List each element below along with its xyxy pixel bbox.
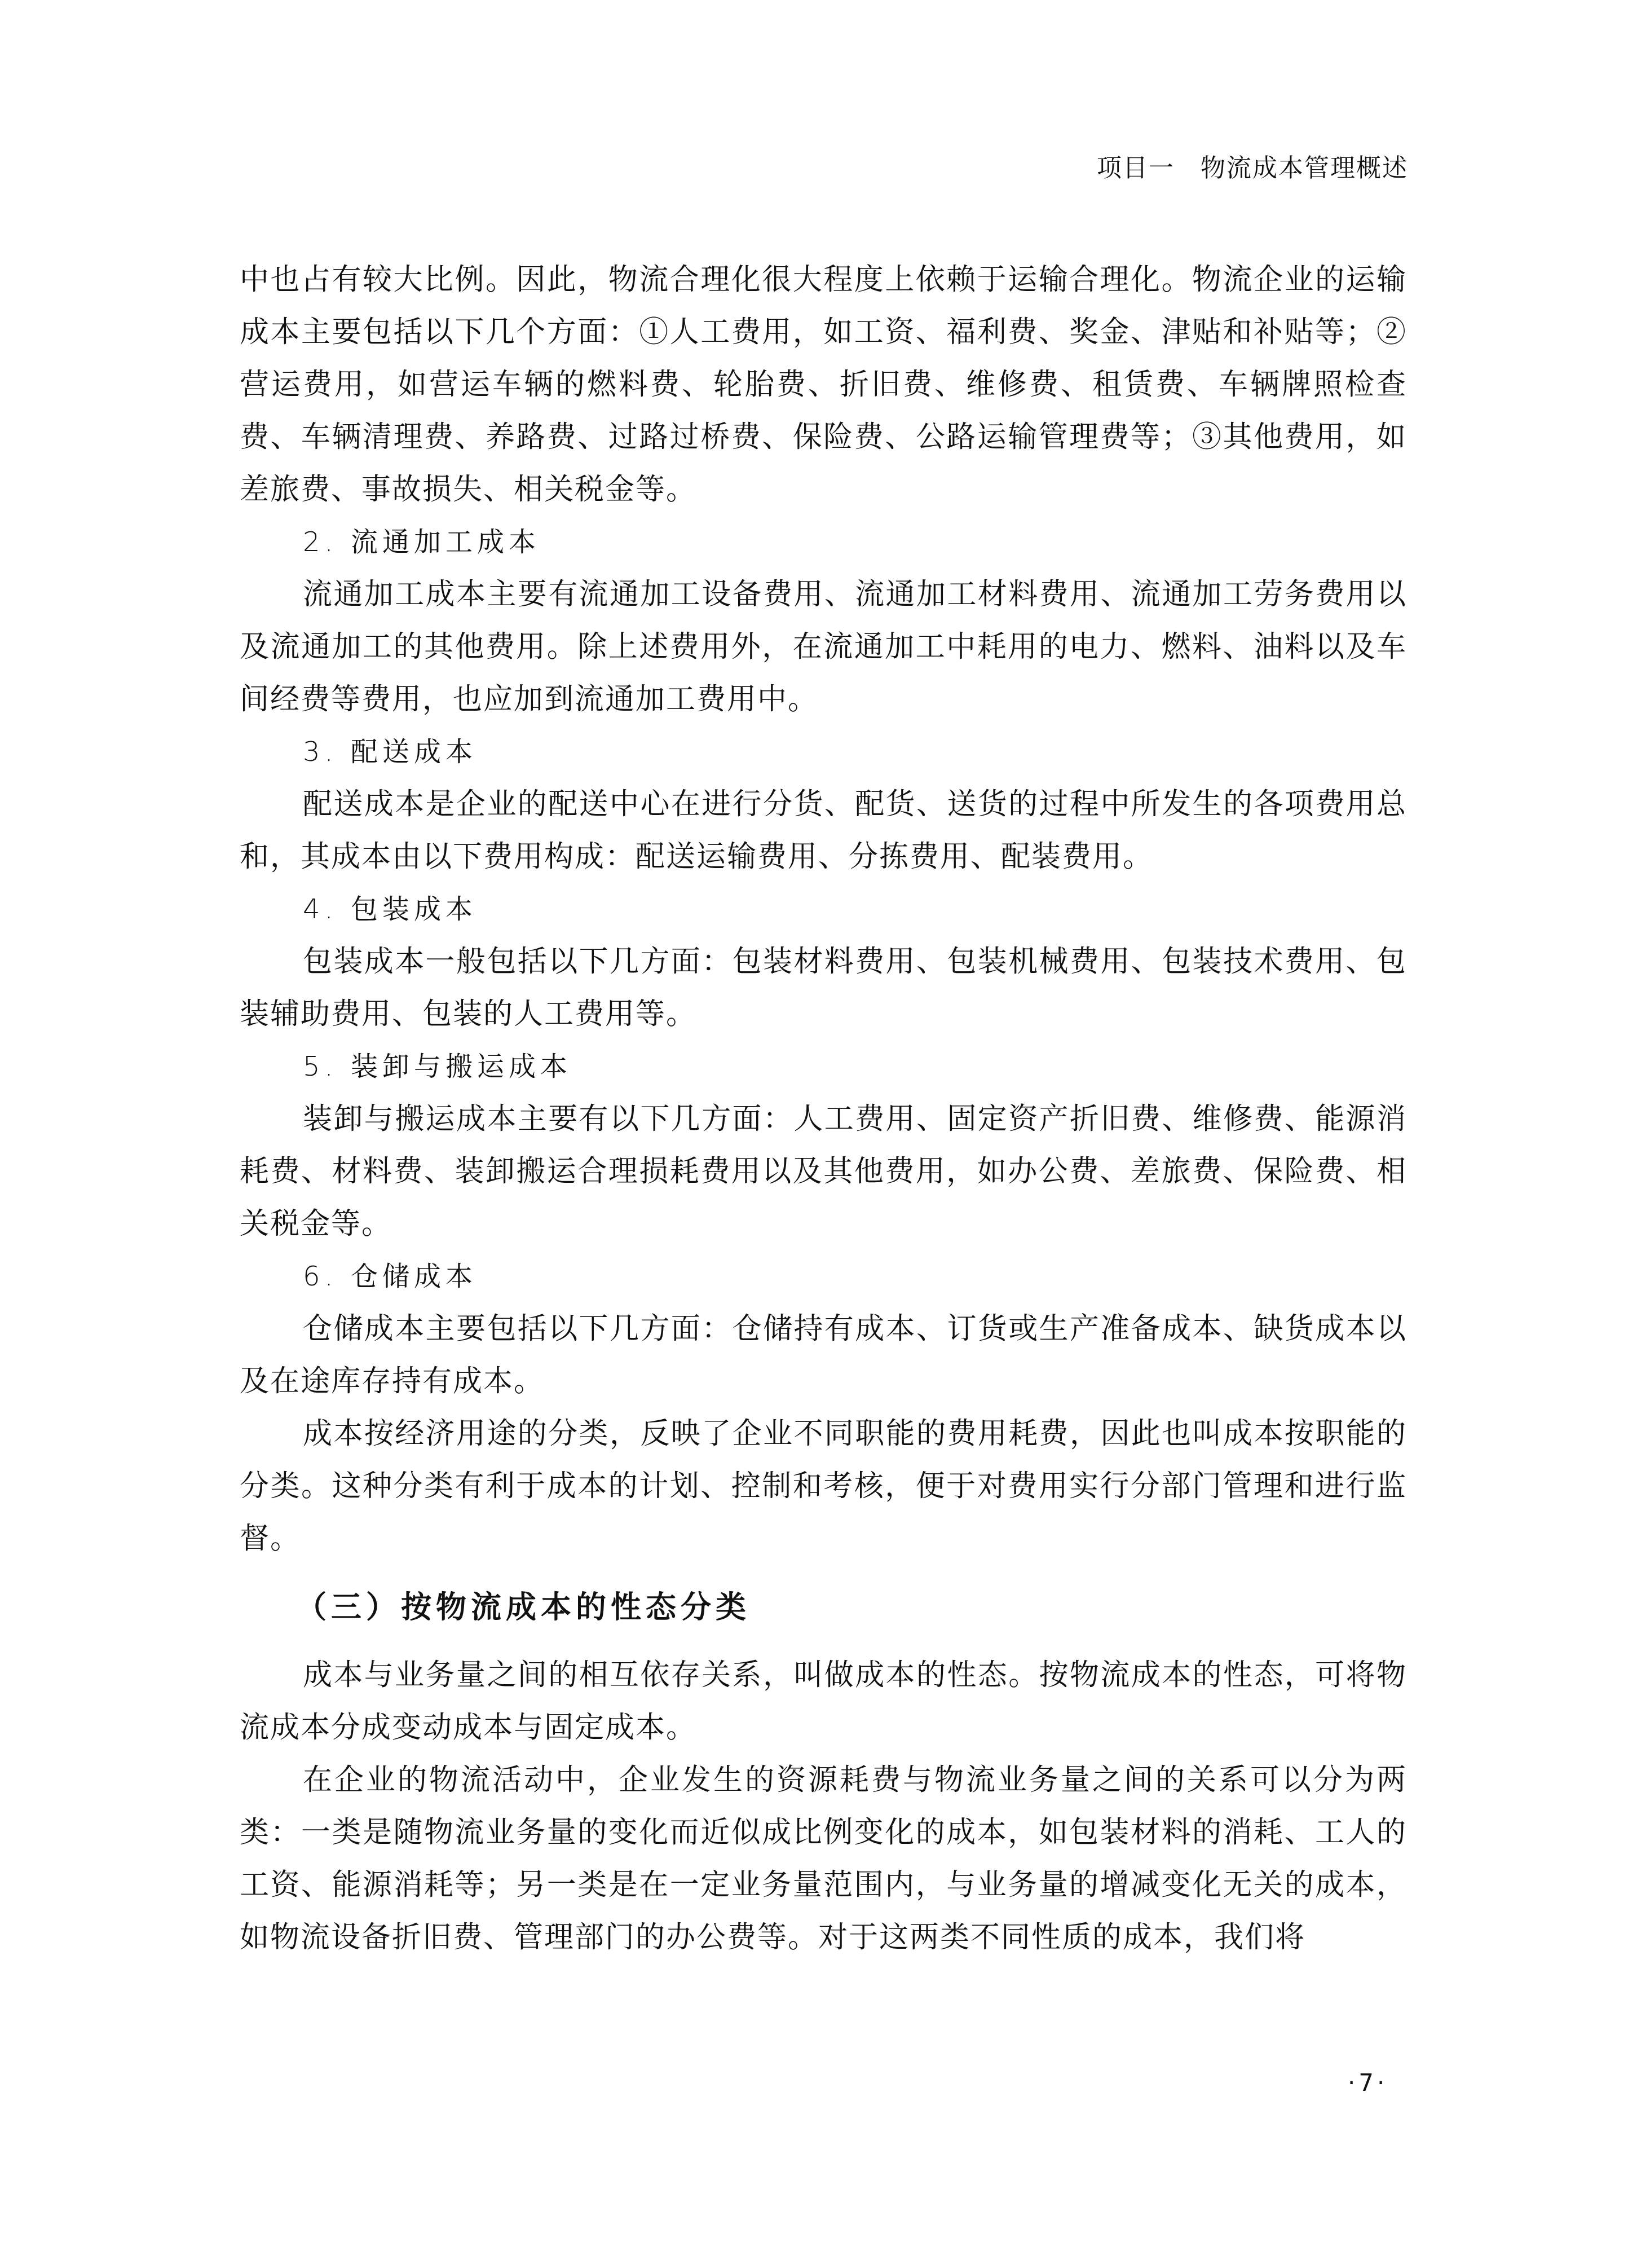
paragraph-warehousing-cost: 仓储成本主要包括以下几方面：仓储持有成本、订货或生产准备成本、缺货成本以及在途库… (240, 1303, 1407, 1408)
page-number: ·7· (1348, 2069, 1388, 2097)
running-header: 项目一 物流成本管理概述 (1097, 148, 1408, 184)
subheading-warehousing-cost: 6. 仓储成本 (240, 1250, 1407, 1303)
paragraph-transport-cost: 中也占有较大比例。因此，物流合理化很大程度上依赖于运输合理化。物流企业的运输成本… (240, 254, 1407, 516)
paragraph-handling-cost: 装卸与搬运成本主要有以下几方面：人工费用、固定资产折旧费、维修费、能源消耗费、材… (240, 1093, 1407, 1250)
section-heading-cost-behavior: （三）按物流成本的性态分类 (240, 1581, 1407, 1633)
paragraph-packaging-cost: 包装成本一般包括以下几方面：包装材料费用、包装机械费用、包装技术费用、包装辅助费… (240, 936, 1407, 1041)
paragraph-cost-behavior-definition: 成本与业务量之间的相互依存关系，叫做成本的性态。按物流成本的性态，可将物流成本分… (240, 1649, 1407, 1754)
paragraph-processing-cost: 流通加工成本主要有流通加工设备费用、流通加工材料费用、流通加工劳务费用以及流通加… (240, 569, 1407, 726)
subheading-handling-cost: 5. 装卸与搬运成本 (240, 1041, 1407, 1093)
subheading-packaging-cost: 4. 包装成本 (240, 883, 1407, 936)
paragraph-function-classification: 成本按经济用途的分类，反映了企业不同职能的费用耗费，因此也叫成本按职能的分类。这… (240, 1408, 1407, 1565)
paragraph-cost-behavior-types: 在企业的物流活动中，企业发生的资源耗费与物流业务量之间的关系可以分为两类：一类是… (240, 1754, 1407, 1964)
subheading-distribution-cost: 3. 配送成本 (240, 726, 1407, 778)
page-body: 中也占有较大比例。因此，物流合理化很大程度上依赖于运输合理化。物流企业的运输成本… (240, 254, 1407, 1964)
subheading-processing-cost: 2. 流通加工成本 (240, 516, 1407, 569)
paragraph-distribution-cost: 配送成本是企业的配送中心在进行分货、配货、送货的过程中所发生的各项费用总和，其成… (240, 778, 1407, 883)
